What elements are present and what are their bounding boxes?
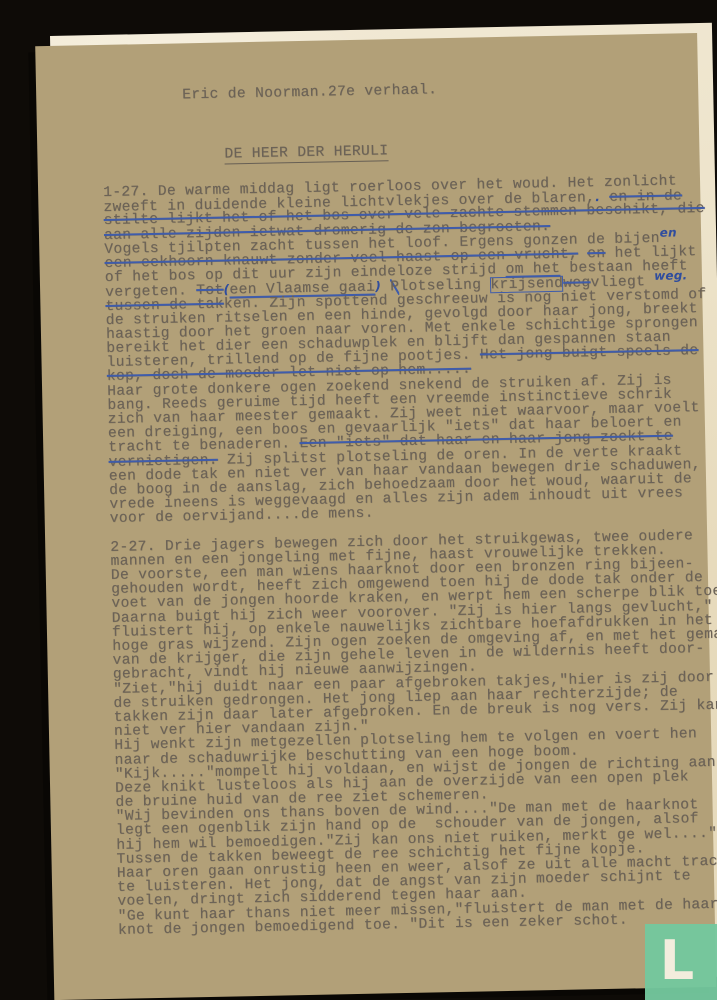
watermark-letter: L xyxy=(660,934,694,988)
scan-background: { "page": { "header": "Eric de Noorman.2… xyxy=(0,0,717,1000)
watermark-logo: L xyxy=(645,924,717,1000)
document-header: Eric de Noorman.27e verhaal. xyxy=(182,82,437,103)
document-body: 1-27. De warme middag ligt roerloos over… xyxy=(103,172,717,937)
handwritten-annotation: en xyxy=(660,225,677,239)
handwritten-annotation: weg. xyxy=(654,269,687,284)
document-title: DE HEER DER HERULI xyxy=(224,143,388,162)
document-title-text: DE HEER DER HERULI xyxy=(224,143,388,164)
paper-sheet: Eric de Noorman.27e verhaal. DE HEER DER… xyxy=(50,23,717,990)
